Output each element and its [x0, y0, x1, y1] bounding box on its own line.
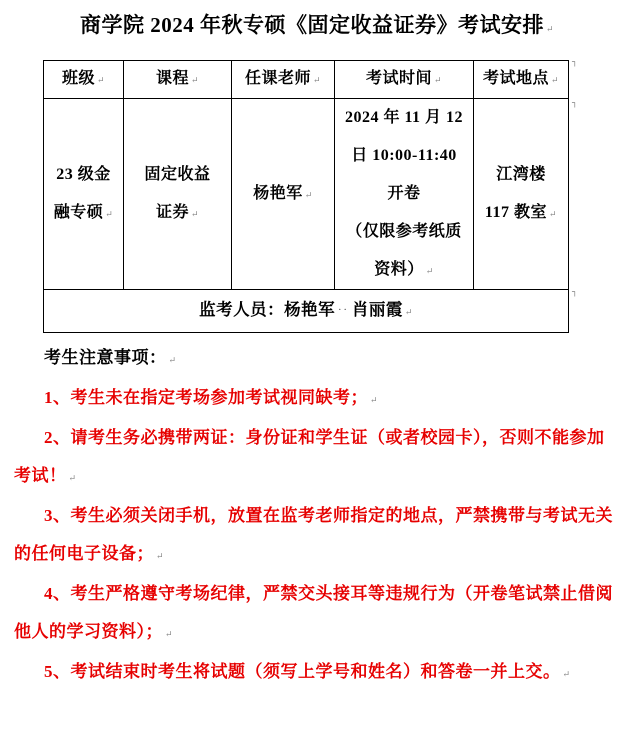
paragraph-mark-icon: ↵	[165, 629, 173, 639]
exam-location-value: 江湾楼 117 教室	[485, 166, 547, 221]
paragraph-mark-icon: ↵	[546, 24, 554, 34]
paragraph-mark-icon: ↵	[434, 75, 442, 85]
header-cell-class: 班级↵	[44, 61, 124, 99]
row-end-mark-icon: ┐	[572, 58, 578, 66]
notes-heading: 考生注意事项：↵	[14, 339, 618, 379]
paragraph-mark-icon: ↵	[156, 551, 164, 561]
header-cell-course: 课程↵	[124, 61, 232, 99]
paragraph-mark-icon: ↵	[69, 473, 77, 483]
paragraph-mark-icon: ↵	[169, 355, 177, 365]
supervisors-row: 监考人员：杨艳军··肖丽霞↵	[44, 290, 569, 333]
header-label: 课程	[156, 70, 189, 87]
note-item-text: 1、考生未在指定考场参加考试视同缺考；	[44, 388, 368, 407]
row-end-mark-icon: ┐	[572, 99, 578, 107]
class-value: 23 级金 融专硕	[54, 166, 111, 221]
course-value: 固定收益 证券	[144, 166, 210, 221]
supervisor-name-2: 肖丽霞	[352, 300, 403, 319]
note-item-text: 2、请考生务必携带两证：身份证和学生证（或者校园卡），否则不能参加 考试！	[14, 428, 605, 485]
header-label: 考试时间	[366, 70, 432, 87]
cell-teacher: 杨艳军↵	[232, 99, 335, 290]
note-item-4: 4、考生严格遵守考场纪律，严禁交头接耳等违规行为（开卷笔试禁止借阅 他人的学习资…	[14, 575, 618, 653]
header-label: 考试地点	[483, 70, 549, 87]
paragraph-mark-icon: ↵	[191, 75, 199, 85]
notes-section: 考生注意事项：↵ 1、考生未在指定考场参加考试视同缺考；↵ 2、请考生务必携带两…	[0, 339, 634, 693]
paragraph-mark-icon: ↵	[426, 266, 434, 276]
paragraph-mark-icon: ↵	[97, 75, 105, 85]
cell-exam-location: 江湾楼 117 教室↵	[474, 99, 569, 290]
cell-exam-time: 2024 年 11 月 12 日 10:00-11:40 开卷 （仅限参考纸质 …	[335, 99, 474, 290]
header-cell-location: 考试地点↵	[474, 61, 569, 99]
header-label: 任课老师	[245, 70, 311, 87]
supervisors-prefix: 监考人员：杨艳军	[199, 300, 335, 319]
note-item-3: 3、考生必须关闭手机，放置在监考老师指定的地点，严禁携带与考试无关 的任何电子设…	[14, 497, 618, 575]
exam-schedule-table: 班级↵ 课程↵ 任课老师↵ 考试时间↵ 考试地点↵ 23 级金 融专硕↵ 固定收…	[43, 60, 569, 333]
paragraph-mark-icon: ↵	[105, 209, 113, 219]
header-cell-teacher: 任课老师↵	[232, 61, 335, 99]
supervisors-cell: 监考人员：杨艳军··肖丽霞↵	[44, 290, 569, 333]
paragraph-mark-icon: ↵	[191, 209, 199, 219]
paragraph-mark-icon: ↵	[370, 395, 378, 405]
note-item-5: 5、考试结束时考生将试题（须写上学号和姓名）和答卷一并上交。↵	[14, 653, 618, 693]
exam-time-value: 2024 年 11 月 12 日 10:00-11:40 开卷 （仅限参考纸质 …	[345, 109, 463, 278]
note-item-text: 4、考生严格遵守考场纪律，严禁交头接耳等违规行为（开卷笔试禁止借阅 他人的学习资…	[14, 584, 613, 641]
space-marks: ··	[338, 305, 349, 316]
header-cell-time: 考试时间↵	[335, 61, 474, 99]
page-title: 商学院 2024 年秋专硕《固定收益证券》考试安排↵	[0, 12, 634, 43]
notes-heading-text: 考生注意事项：	[44, 348, 167, 367]
cell-class: 23 级金 融专硕↵	[44, 99, 124, 290]
paragraph-mark-icon: ↵	[551, 75, 559, 85]
header-label: 班级	[62, 70, 95, 87]
exam-data-row: 23 级金 融专硕↵ 固定收益 证券↵ 杨艳军↵ 2024 年 11 月 12 …	[44, 99, 569, 290]
document-page: 商学院 2024 年秋专硕《固定收益证券》考试安排↵ 班级↵ 课程↵ 任课老师↵…	[0, 0, 634, 733]
teacher-value: 杨艳军	[253, 185, 303, 202]
note-item-text: 3、考生必须关闭手机，放置在监考老师指定的地点，严禁携带与考试无关 的任何电子设…	[14, 506, 613, 563]
note-item-2: 2、请考生务必携带两证：身份证和学生证（或者校园卡），否则不能参加 考试！↵	[14, 419, 618, 497]
paragraph-mark-icon: ↵	[313, 75, 321, 85]
note-item-1: 1、考生未在指定考场参加考试视同缺考；↵	[14, 379, 618, 419]
table-header-row: 班级↵ 课程↵ 任课老师↵ 考试时间↵ 考试地点↵	[44, 61, 569, 99]
note-item-text: 5、考试结束时考生将试题（须写上学号和姓名）和答卷一并上交。	[44, 662, 561, 681]
paragraph-mark-icon: ↵	[305, 190, 313, 200]
cell-course: 固定收益 证券↵	[124, 99, 232, 290]
page-title-text: 商学院 2024 年秋专硕《固定收益证券》考试安排	[80, 13, 544, 37]
paragraph-mark-icon: ↵	[563, 669, 571, 679]
row-end-mark-icon: ┐	[572, 288, 578, 296]
paragraph-mark-icon: ↵	[405, 307, 413, 317]
paragraph-mark-icon: ↵	[549, 209, 557, 219]
